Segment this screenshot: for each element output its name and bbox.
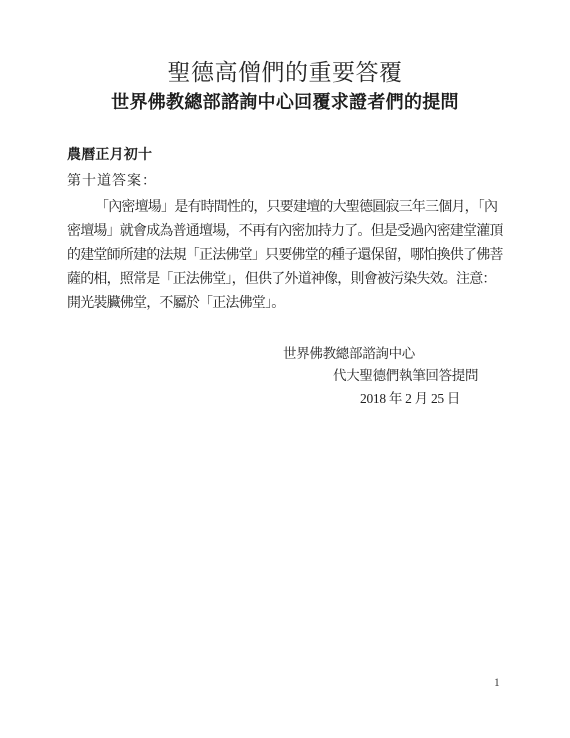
paragraph-line: 的建堂師所建的法規「正法佛堂」只要佛堂的種子還保留，哪怕換供了佛菩: [67, 244, 512, 268]
document-title: 聖德高僧們的重要答覆: [0, 58, 570, 88]
answer-paragraph: 「內密壇場」是有時間性的，只要建壇的大聖德圓寂三年三個月，「內 密壇場」就會成為…: [67, 196, 512, 316]
signature-organization: 世界佛教總部諮詢中心: [283, 344, 415, 364]
paragraph-line: 薩的相，照常是「正法佛堂」，但供了外道神像，則會被污染失效。注意：: [67, 268, 512, 292]
document-subtitle: 世界佛教總部諮詢中心回覆求證者們的提問: [0, 89, 570, 115]
lunar-date-heading: 農曆正月初十: [67, 146, 152, 166]
signature-author: 代大聖德們執筆回答提問: [333, 366, 478, 386]
paragraph-line: 開光裝臟佛堂，不屬於「正法佛堂」。: [67, 292, 512, 316]
document-page: 聖德高僧們的重要答覆 世界佛教總部諮詢中心回覆求證者們的提問 農曆正月初十 第十…: [0, 0, 570, 738]
signature-date: 2018 年 2 月 25 日: [360, 389, 460, 409]
paragraph-line: 「內密壇場」是有時間性的，只要建壇的大聖德圓寂三年三個月，「內: [67, 196, 512, 220]
answer-number-label: 第十道答案：: [67, 172, 157, 192]
page-number: 1: [494, 676, 500, 690]
paragraph-line: 密壇場」就會成為普通壇場，不再有內密加持力了。但是受過內密建堂灌頂: [67, 220, 512, 244]
